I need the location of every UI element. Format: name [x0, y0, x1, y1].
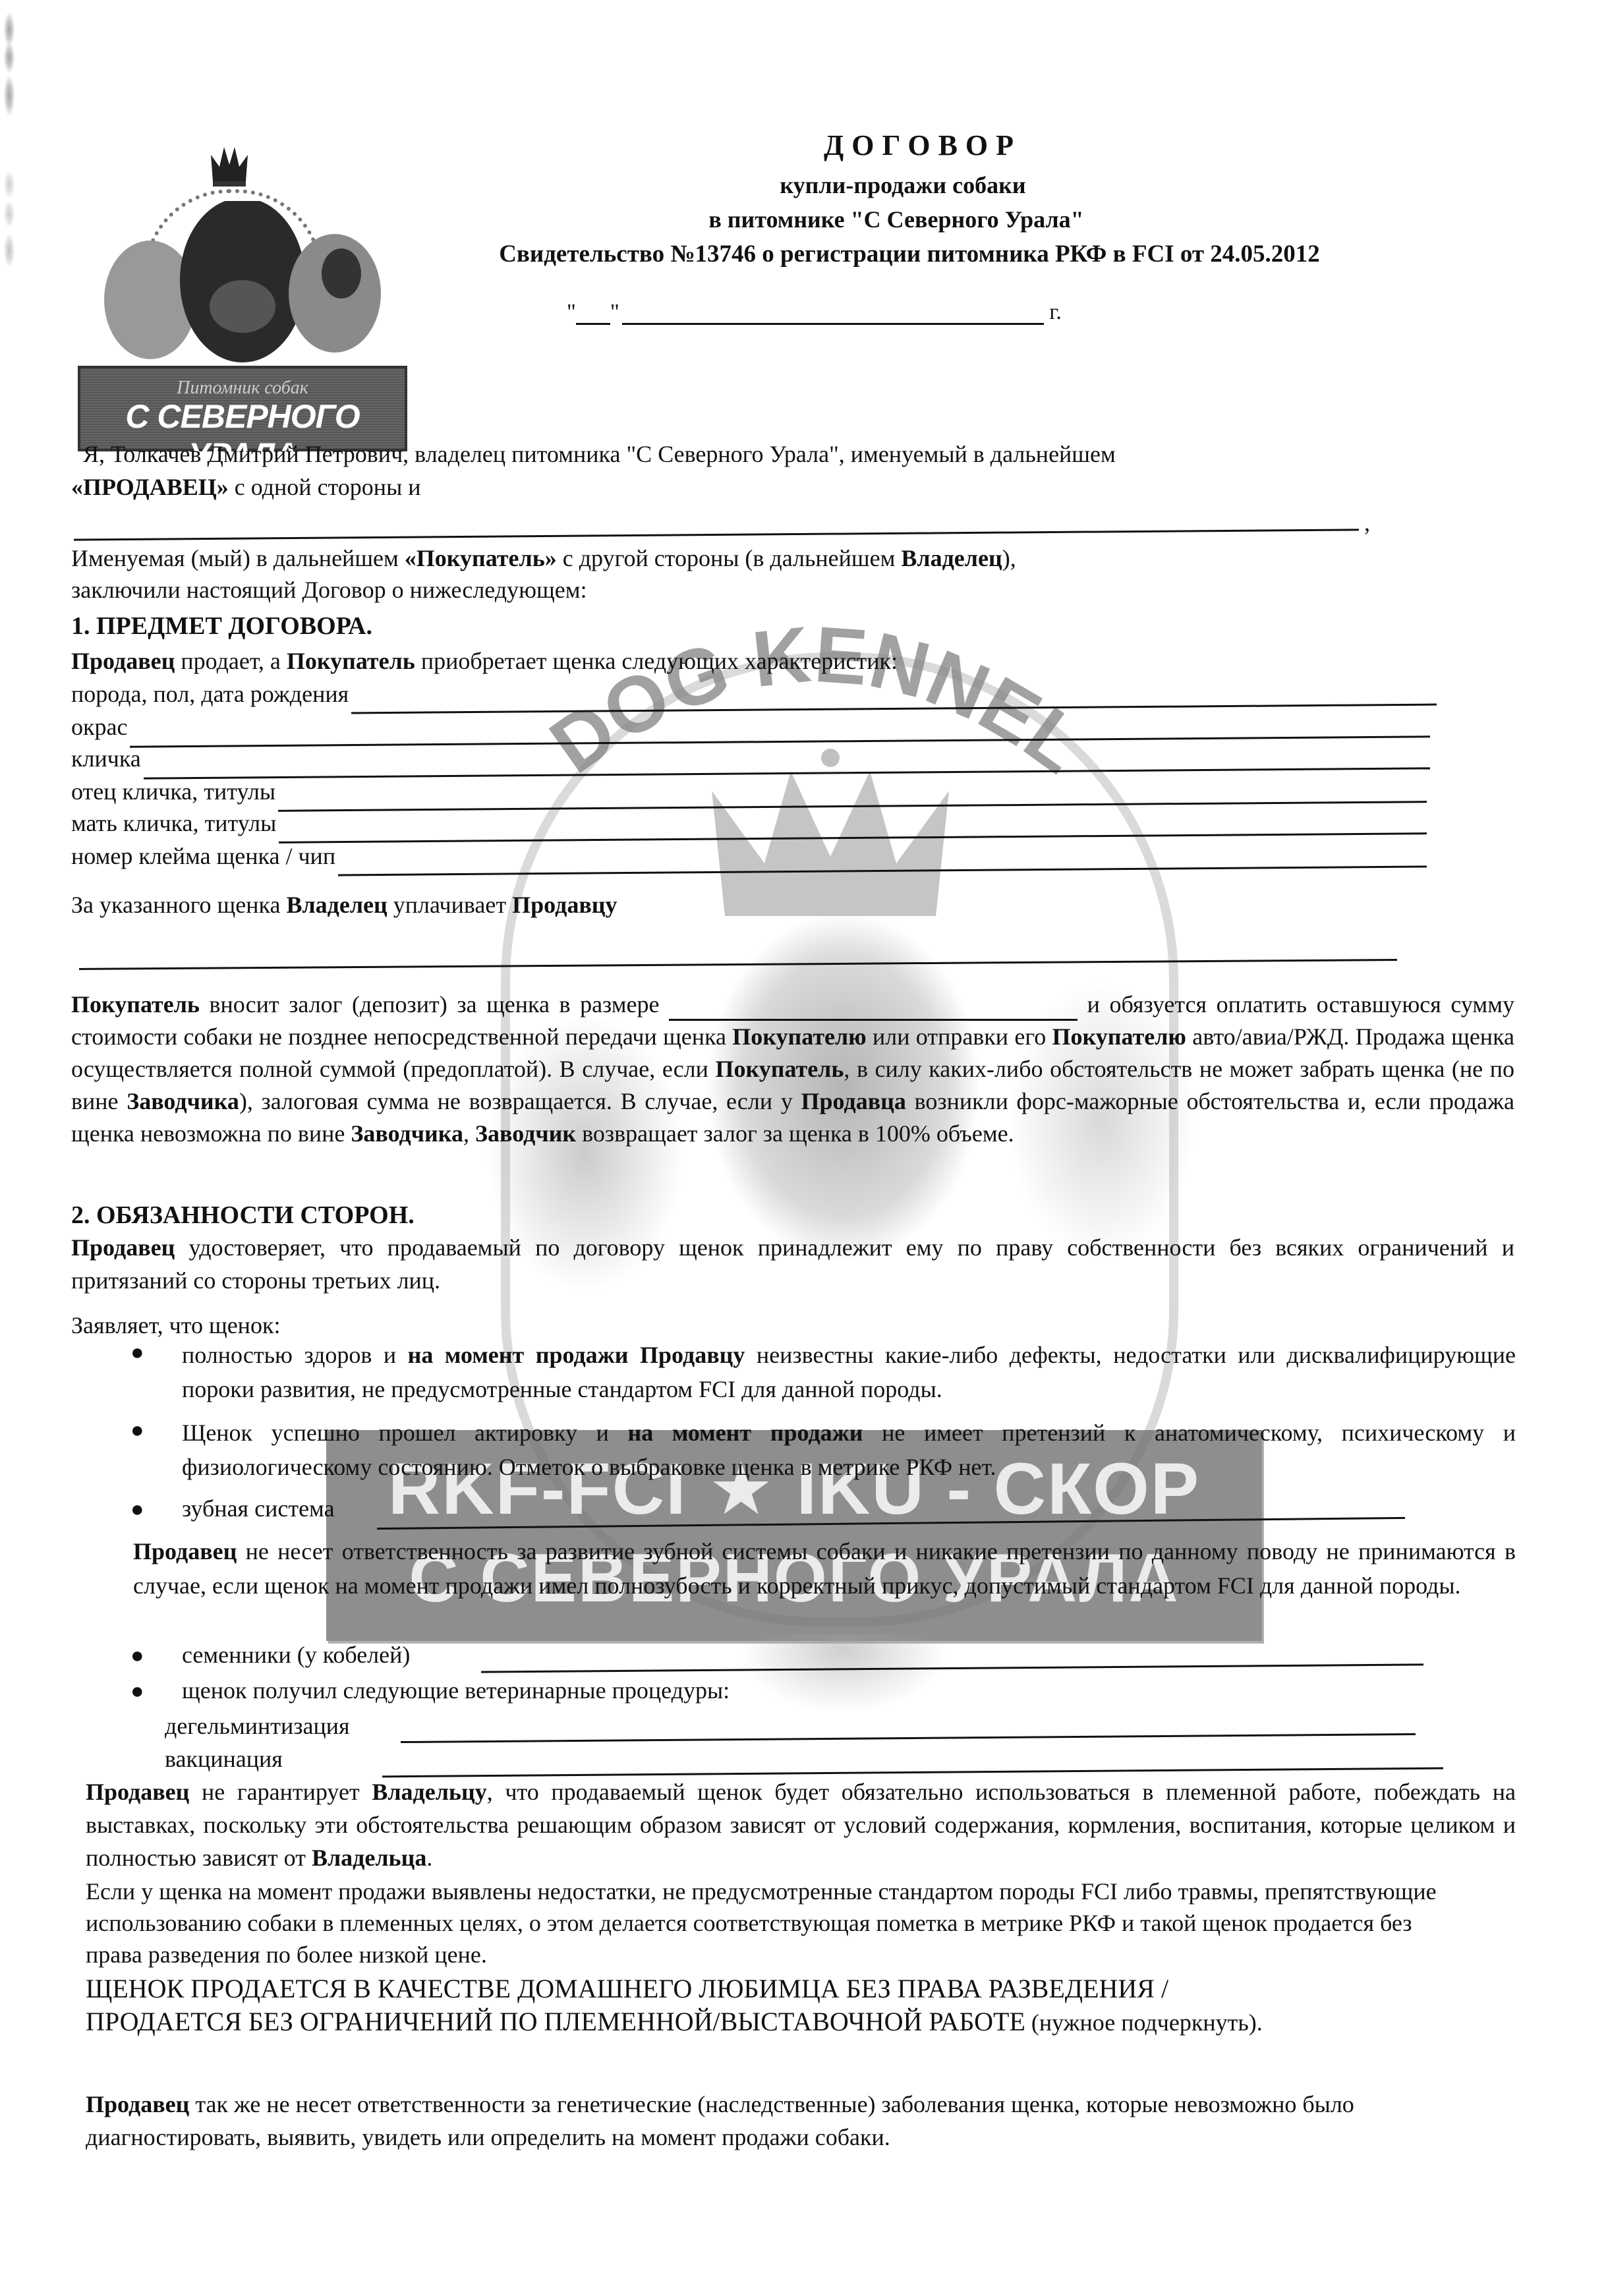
field-label: номер клейма щенка / чип: [71, 842, 335, 870]
owner-label: Владельца: [312, 1845, 426, 1871]
vet-procedures-label: щенок получил следующие ветеринарные про…: [182, 1677, 730, 1704]
genetic-paragraph: Продавец так же не несет ответственности…: [86, 2088, 1463, 2154]
quote: ": [610, 300, 619, 324]
bullet-text: Щенок успешно прошел актировку и: [182, 1420, 627, 1446]
document-header: ДОГОВОР купли-продажи собаки в питомнике…: [369, 129, 1450, 268]
deposit-text: возвращает залог за щенка в 100% объеме.: [576, 1120, 1014, 1147]
option-note: (нужное подчеркнуть).: [1025, 2009, 1263, 2036]
section1-heading: 1. ПРЕДМЕТ ДОГОВОРА.: [71, 612, 372, 641]
option-pet-no-breeding[interactable]: ЩЕНОК ПРОДАЕТСЯ В КАЧЕСТВЕ ДОМАШНЕГО ЛЮБ…: [86, 1973, 1168, 2004]
genetic-text: так же не несет ответственности за генет…: [86, 2091, 1354, 2150]
registration-certificate: Свидетельство №13746 о регистрации питом…: [369, 240, 1450, 268]
option-no-restrictions-text[interactable]: ПРОДАЕТСЯ БЕЗ ОГРАНИЧЕНИЙ ПО ПЛЕМЕННОЙ/В…: [86, 2007, 1025, 2036]
acting-bullet: Щенок успешно прошел актировку и на моме…: [182, 1416, 1516, 1484]
deworming-label: дегельминтизация: [165, 1712, 350, 1740]
bullet-text: полностью здоров и: [182, 1342, 408, 1368]
document-subtitle: купли-продажи собаки: [356, 171, 1450, 199]
intro-line4: заключили настоящий Договор о нижеследую…: [71, 576, 587, 604]
field-label: кличка: [71, 745, 141, 772]
pay-text: уплачивает: [388, 892, 512, 918]
buyer-label: Покупателю: [1052, 1023, 1186, 1050]
date-month-year-field[interactable]: [622, 303, 1044, 325]
ownership-paragraph: Продавец удостоверяет, что продаваемый п…: [71, 1231, 1514, 1297]
owner-label: Владелец: [286, 892, 387, 918]
seller-label: Продавец: [71, 1234, 175, 1261]
teeth-note-text: не несет ответственность за развитие зуб…: [133, 1538, 1516, 1599]
scan-speck: [4, 76, 14, 115]
contract-date: "" г.: [567, 300, 1062, 325]
bullet-bold: на момент продажи Продавцу: [408, 1342, 745, 1368]
deposit-text: ), залоговая сумма не возвращается. В сл…: [239, 1088, 801, 1114]
buyer-label: Покупатель: [71, 991, 200, 1018]
field-label: отец кличка, титулы: [71, 778, 275, 805]
date-day-field[interactable]: [576, 303, 610, 325]
intro-line1: Я, Толкачев Дмитрий Петрович, владелец п…: [83, 440, 1116, 468]
deposit-paragraph: Покупатель вносит залог (депозит) за щен…: [71, 989, 1514, 1150]
lead-text: продает, а: [175, 648, 287, 674]
seller-label: Продавца: [801, 1088, 906, 1114]
seller-label: Продавцу: [512, 892, 617, 918]
section2-heading: 2. ОБЯЗАННОСТИ СТОРОН.: [71, 1201, 415, 1230]
owner-label: Владелец: [901, 545, 1002, 571]
intro-text: с другой стороны (в дальнейшем: [557, 545, 902, 571]
owner-label: Владельцу: [372, 1779, 486, 1805]
bullet-icon: ●: [130, 1418, 144, 1443]
intro-text: Именуемая (мый) в дальнейшем: [71, 545, 405, 571]
scan-speck: [4, 201, 14, 227]
scan-speck: [4, 43, 14, 72]
kennel-name: в питомнике "С Северного Урала": [343, 206, 1450, 233]
bullet-icon: ●: [130, 1340, 144, 1365]
intro-text: с одной стороны и: [229, 474, 421, 500]
bullet-icon: ●: [130, 1644, 144, 1669]
watermark-ornament: [738, 1634, 949, 1713]
intro-text: ),: [1002, 545, 1016, 571]
seller-label: «ПРОДАВЕЦ»: [71, 474, 229, 500]
intro-line3: Именуемая (мый) в дальнейшем «Покупатель…: [71, 544, 1016, 572]
defects-paragraph: Если у щенка на момент продажи выявлены …: [86, 1876, 1463, 1970]
vaccination-label: вакцинация: [165, 1745, 283, 1773]
buyer-label: Покупатель: [715, 1056, 844, 1082]
buyer-label: Покупатель: [287, 648, 415, 674]
deposit-text: ,: [463, 1120, 475, 1147]
scan-speck: [4, 13, 14, 46]
scan-speck: [4, 171, 14, 198]
buyer-label: Покупателю: [732, 1023, 866, 1050]
teeth-label: зубная система: [182, 1495, 335, 1522]
deposit-amount-field[interactable]: [669, 1000, 1077, 1021]
payment-line: За указанного щенка Владелец уплачивает …: [71, 891, 617, 919]
quote: ": [567, 300, 576, 324]
pay-text: За указанного щенка: [71, 892, 286, 918]
deworming-field[interactable]: [401, 1733, 1416, 1743]
health-bullet: полностью здоров и на момент продажи Про…: [182, 1338, 1516, 1406]
guarantee-text: .: [426, 1845, 432, 1871]
logo-plaque: Питомник собак С СЕВЕРНОГО УРАЛА: [78, 366, 407, 451]
year-suffix: г.: [1049, 300, 1062, 324]
seller-label: Продавец: [133, 1538, 237, 1564]
breeder-label: Заводчика: [351, 1120, 463, 1147]
logo-subtitle: Питомник собак: [80, 378, 405, 399]
document-title: ДОГОВОР: [395, 129, 1450, 162]
lead-text: приобретает щенка следующих характеристи…: [415, 648, 898, 674]
breeder-label: Заводчика: [127, 1088, 239, 1114]
bullet-icon: ●: [130, 1679, 144, 1704]
scan-speck: [4, 234, 14, 267]
deposit-text: или отправки его: [867, 1023, 1052, 1050]
deposit-text: вносит залог (депозит) за щенка в размер…: [200, 991, 669, 1018]
crown-icon: [210, 142, 249, 188]
option-no-restrictions[interactable]: ПРОДАЕТСЯ БЕЗ ОГРАНИЧЕНИЙ ПО ПЛЕМЕННОЙ/В…: [86, 2006, 1263, 2037]
buyer-name-field[interactable]: [74, 529, 1359, 540]
testes-field[interactable]: [481, 1663, 1423, 1673]
guarantee-paragraph: Продавец не гарантирует Владельцу, что п…: [86, 1775, 1516, 1874]
field-label: порода, пол, дата рождения: [71, 680, 349, 708]
seller-label: Продавец: [86, 1779, 189, 1805]
section1-lead: Продавец продает, а Покупатель приобрета…: [71, 647, 898, 675]
bullet-icon: ●: [130, 1497, 144, 1522]
teeth-note: Продавец не несет ответственность за раз…: [133, 1534, 1516, 1603]
deposit-text: и обязуется оплатить: [1077, 991, 1307, 1018]
declares-line: Заявляет, что щенок:: [71, 1311, 280, 1339]
intro-line2: «ПРОДАВЕЦ» с одной стороны и: [71, 473, 421, 501]
buyer-label: «Покупатель»: [405, 545, 557, 571]
seller-label: Продавец: [86, 2091, 189, 2117]
comma: ,: [1364, 509, 1370, 536]
field-label: окрас: [71, 713, 127, 741]
testes-label: семенники (у кобелей): [182, 1641, 410, 1669]
field-label: мать кличка, титулы: [71, 809, 276, 837]
bullet-bold: на момент продажи: [627, 1420, 863, 1446]
guarantee-text: не гарантирует: [189, 1779, 372, 1805]
breeder-label: Заводчик: [475, 1120, 576, 1147]
ownership-text: удостоверяет, что продаваемый по договор…: [71, 1234, 1514, 1294]
seller-label: Продавец: [71, 648, 175, 674]
